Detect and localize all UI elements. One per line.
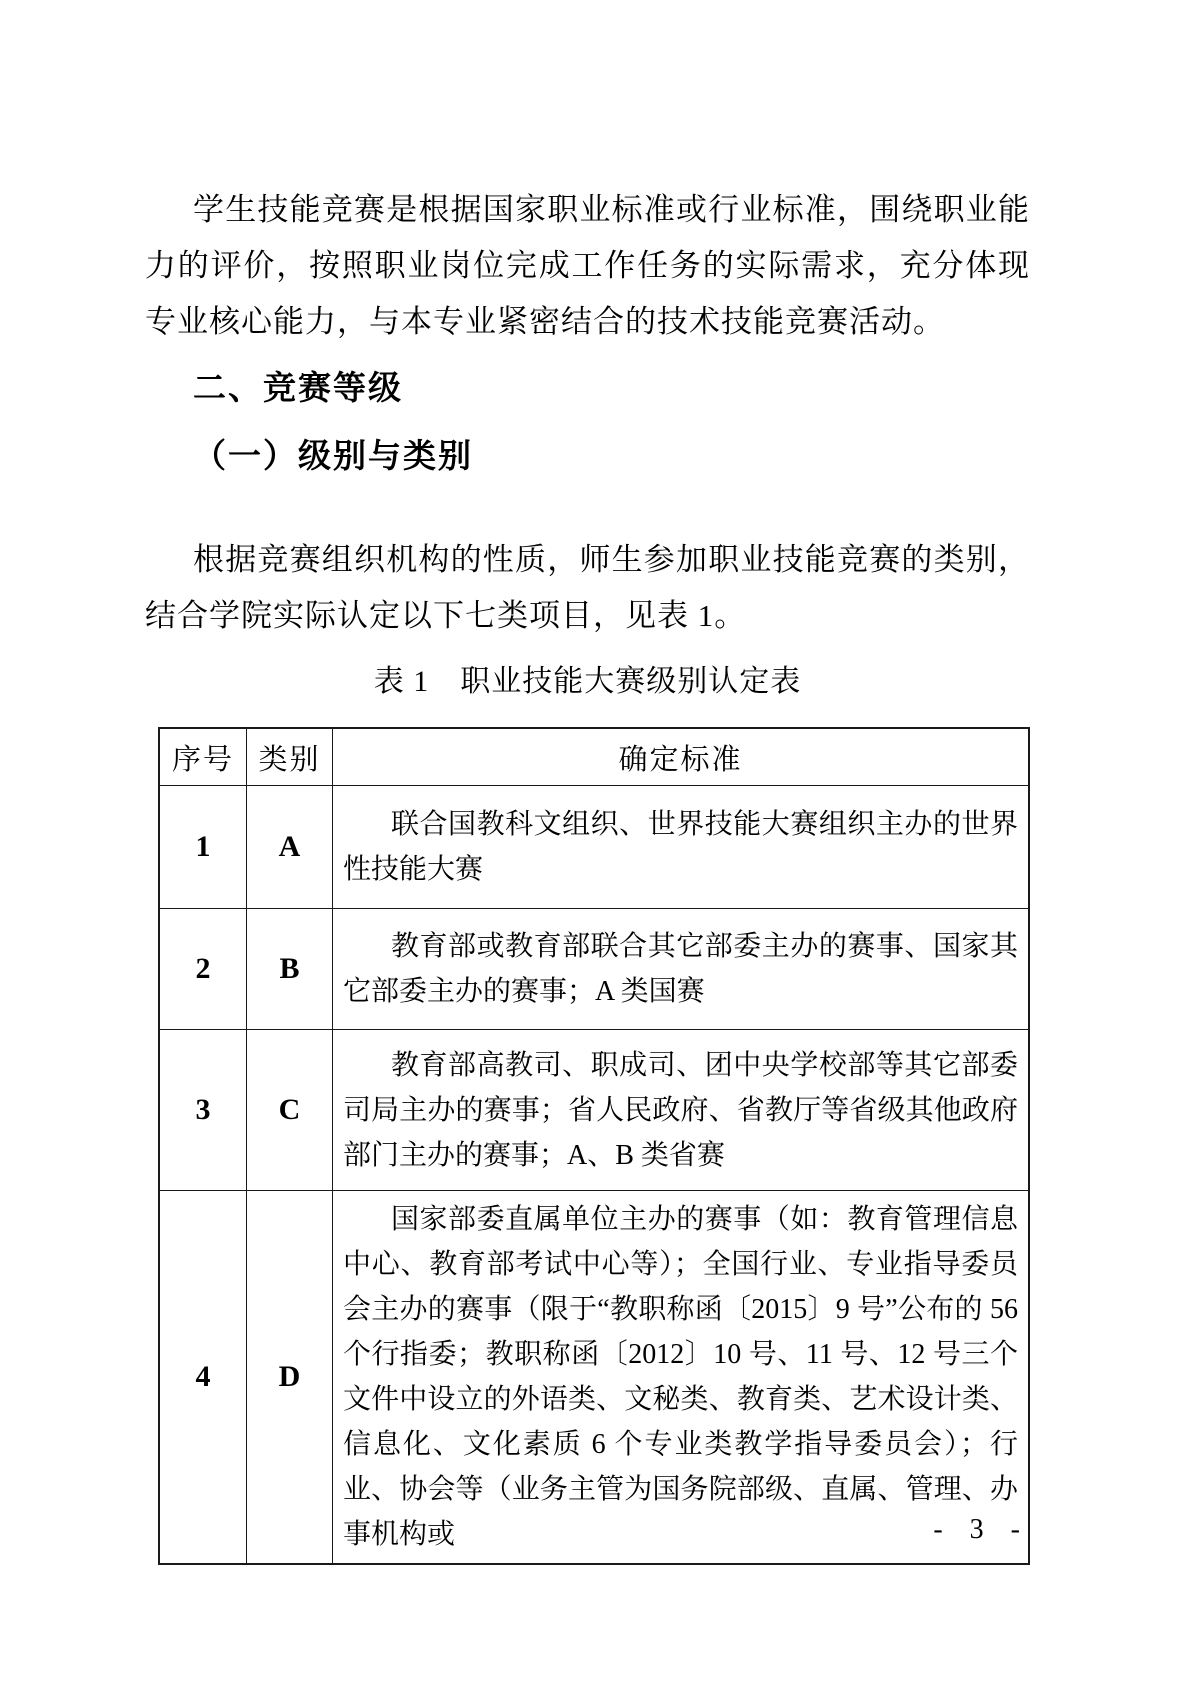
cell-category: B <box>247 909 333 1030</box>
header-cell-no: 序号 <box>159 728 247 786</box>
subsection-heading: （一）级别与类别 <box>145 433 1030 479</box>
cell-category: D <box>247 1191 333 1565</box>
header-cell-criteria: 确定标准 <box>333 728 1030 786</box>
document-content: 学生技能竞赛是根据国家职业标准或行业标准，围绕职业能力的评价，按照职业岗位完成工… <box>145 0 1030 1565</box>
cell-no: 3 <box>159 1030 247 1191</box>
section-heading: 二、竞赛等级 <box>145 365 1030 411</box>
cell-category: A <box>247 786 333 909</box>
document-page: 学生技能竞赛是根据国家职业标准或行业标准，围绕职业能力的评价，按照职业岗位完成工… <box>0 0 1191 1684</box>
intro-paragraph: 学生技能竞赛是根据国家职业标准或行业标准，围绕职业能力的评价，按照职业岗位完成工… <box>145 182 1030 350</box>
table-head: 序号 类别 确定标准 <box>159 728 1029 786</box>
cell-no: 4 <box>159 1191 247 1565</box>
table-row: 2 B 教育部或教育部联合其它部委主办的赛事、国家其它部委主办的赛事；A 类国赛 <box>159 909 1029 1030</box>
cell-category: C <box>247 1030 333 1191</box>
table-row: 3 C 教育部高教司、职成司、团中央学校部等其它部委司局主办的赛事；省人民政府、… <box>159 1030 1029 1191</box>
table-body: 1 A 联合国教科文组织、世界技能大赛组织主办的世界性技能大赛 2 B 教育部或… <box>159 786 1029 1565</box>
table-row: 1 A 联合国教科文组织、世界技能大赛组织主办的世界性技能大赛 <box>159 786 1029 909</box>
cell-criteria: 教育部高教司、职成司、团中央学校部等其它部委司局主办的赛事；省人民政府、省教厅等… <box>333 1030 1030 1191</box>
table-row: 4 D 国家部委直属单位主办的赛事（如：教育管理信息中心、教育部考试中心等）；全… <box>159 1191 1029 1565</box>
header-cell-category: 类别 <box>247 728 333 786</box>
cell-no: 1 <box>159 786 247 909</box>
table-header-row: 序号 类别 确定标准 <box>159 728 1029 786</box>
cell-criteria: 联合国教科文组织、世界技能大赛组织主办的世界性技能大赛 <box>333 786 1030 909</box>
cell-no: 2 <box>159 909 247 1030</box>
cell-criteria: 国家部委直属单位主办的赛事（如：教育管理信息中心、教育部考试中心等）；全国行业、… <box>333 1191 1030 1565</box>
competition-grade-table: 序号 类别 确定标准 1 A 联合国教科文组织、世界技能大赛组织主办的世界性技能… <box>158 727 1030 1565</box>
table-caption: 表 1 职业技能大赛级别认定表 <box>145 661 1030 703</box>
page-number: - 3 - <box>933 1512 1030 1548</box>
lead-in-paragraph: 根据竞赛组织机构的性质，师生参加职业技能竞赛的类别，结合学院实际认定以下七类项目… <box>145 532 1030 644</box>
cell-criteria: 教育部或教育部联合其它部委主办的赛事、国家其它部委主办的赛事；A 类国赛 <box>333 909 1030 1030</box>
